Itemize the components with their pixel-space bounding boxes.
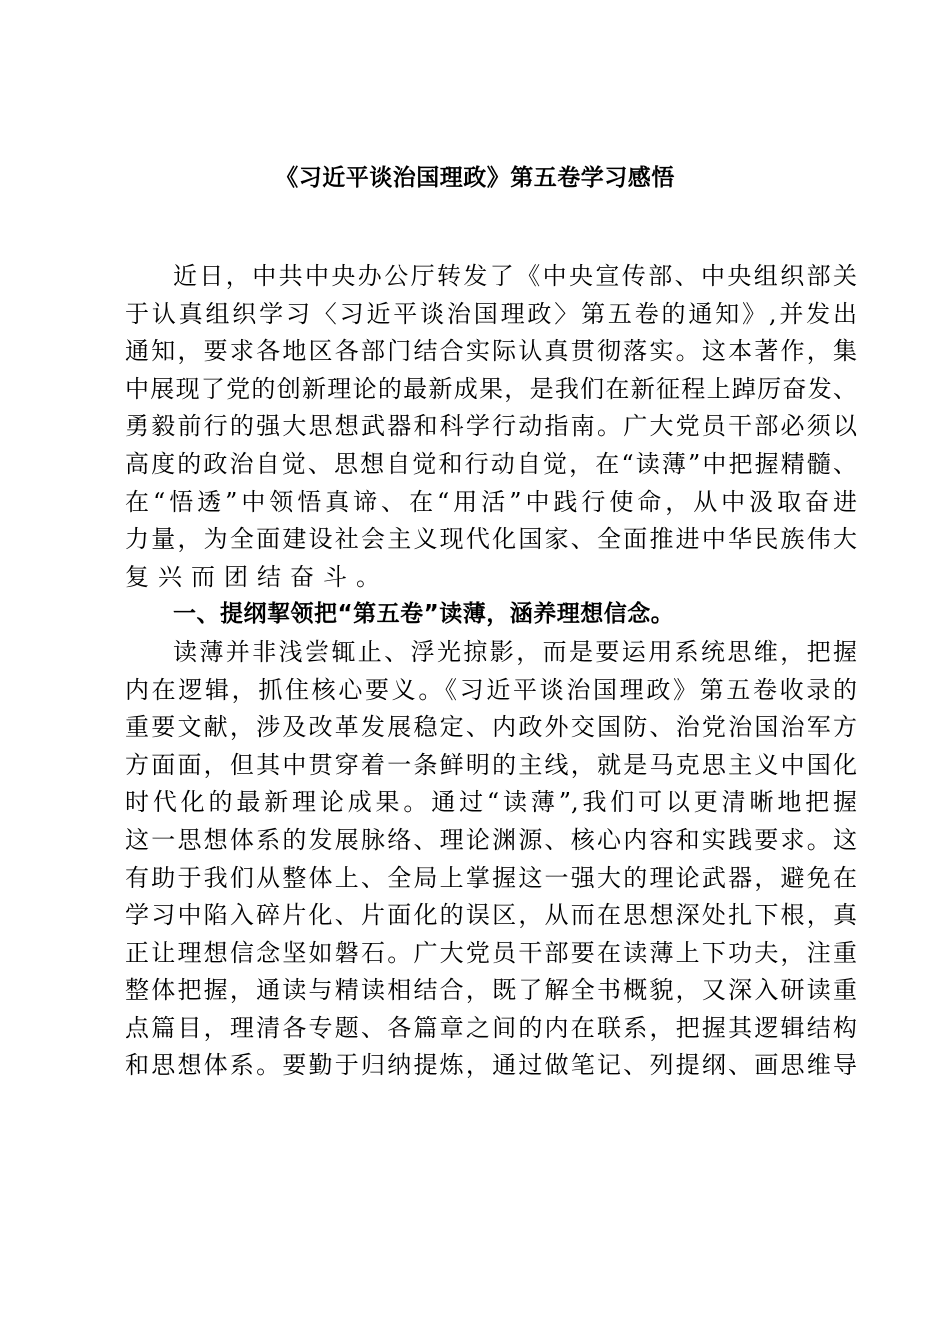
text-line: 通知，要求各地区各部门结合实际认真贯彻落实。这本著作，集 xyxy=(125,333,857,371)
text-line: 内在逻辑，抓住核心要义。《习近平谈治国理政》第五卷收录的 xyxy=(125,672,857,710)
paragraph-section-1: 读薄并非浅尝辄止、浮光掠影，而是要运用系统思维，把握 内在逻辑，抓住核心要义。《… xyxy=(125,634,857,1085)
text-line: 在“悟透”中领悟真谛、在“用活”中践行使命，从中汲取奋进 xyxy=(125,484,857,522)
text-line: 力量，为全面建设社会主义现代化国家、全面推进中华民族伟大 xyxy=(125,521,857,559)
text-line: 于认真组织学习〈习近平谈治国理政〉第五卷的通知》,并发出 xyxy=(125,296,857,334)
text-line: 整体把握，通读与精读相结合，既了解全书概貌，又深入研读重 xyxy=(125,972,857,1010)
document-page: 《习近平谈治国理政》第五卷学习感悟 近日，中共中央办公厅转发了《中央宣传部、中央… xyxy=(0,0,950,1343)
text-line: 这一思想体系的发展脉络、理论渊源、核心内容和实践要求。这 xyxy=(125,822,857,860)
text-line: 重要文献，涉及改革发展稳定、内政外交国防、治党治国治军方 xyxy=(125,709,857,747)
document-title: 《习近平谈治国理政》第五卷学习感悟 xyxy=(0,160,950,196)
text-line: 和思想体系。要勤于归纳提炼，通过做笔记、列提纲、画思维导 xyxy=(125,1047,857,1085)
text-line: 复兴而团结奋斗。 xyxy=(125,559,857,597)
text-line: 方面面，但其中贯穿着一条鲜明的主线，就是马克思主义中国化 xyxy=(125,747,857,785)
text-line: 近日，中共中央办公厅转发了《中央宣传部、中央组织部关 xyxy=(125,258,857,296)
text-line: 有助于我们从整体上、全局上掌握这一强大的理论武器，避免在 xyxy=(125,860,857,898)
section-heading-1: 一、提纲挈领把“第五卷”读薄，涵养理想信念。 xyxy=(125,596,857,634)
text-line: 高度的政治自觉、思想自觉和行动自觉，在“读薄”中把握精髓、 xyxy=(125,446,857,484)
text-line: 学习中陷入碎片化、片面化的误区，从而在思想深处扎下根，真 xyxy=(125,897,857,935)
text-line: 点篇目，理清各专题、各篇章之间的内在联系，把握其逻辑结构 xyxy=(125,1010,857,1048)
text-line: 读薄并非浅尝辄止、浮光掠影，而是要运用系统思维，把握 xyxy=(125,634,857,672)
text-line: 勇毅前行的强大思想武器和科学行动指南。广大党员干部必须以 xyxy=(125,408,857,446)
document-body: 近日，中共中央办公厅转发了《中央宣传部、中央组织部关 于认真组织学习〈习近平谈治… xyxy=(125,258,857,1085)
text-line: 时代化的最新理论成果。通过“读薄”,我们可以更清晰地把握 xyxy=(125,784,857,822)
paragraph-intro: 近日，中共中央办公厅转发了《中央宣传部、中央组织部关 于认真组织学习〈习近平谈治… xyxy=(125,258,857,596)
text-line: 中展现了党的创新理论的最新成果，是我们在新征程上踔厉奋发、 xyxy=(125,371,857,409)
text-line: 正让理想信念坚如磐石。广大党员干部要在读薄上下功夫，注重 xyxy=(125,935,857,973)
